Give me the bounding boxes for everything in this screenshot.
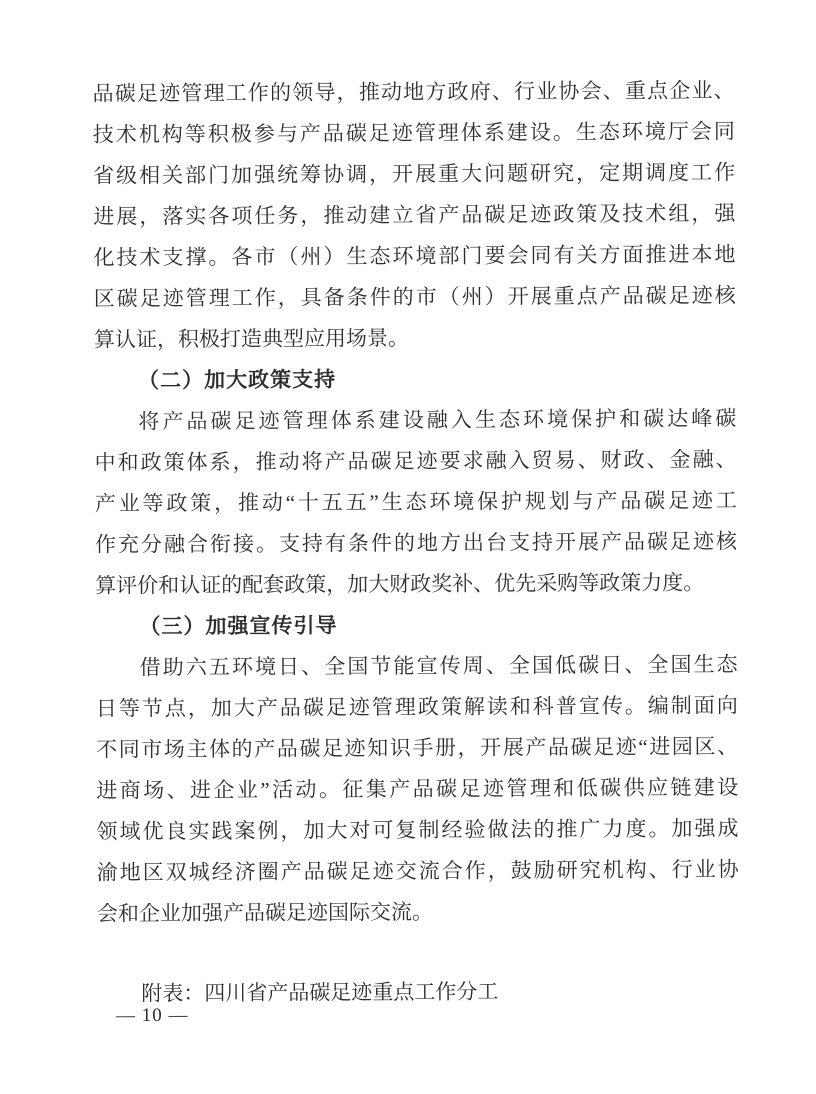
body-line: 进展，落实各项任务，推动建立省产品碳足迹政策及技术组，强 <box>93 193 735 237</box>
body-line: 中和政策体系，推动将产品碳足迹要求融入贸易、财政、金融、 <box>94 439 736 483</box>
body-line: 省级相关部门加强统筹协调，开展重大问题研究，定期调度工作 <box>93 152 735 196</box>
body-line: 不同市场主体的产品碳足迹知识手册，开展产品碳足迹“进园区、 <box>96 726 738 770</box>
body-line: 将产品碳足迹管理体系建设融入生态环境保护和碳达峰碳 <box>94 398 736 442</box>
body-line: 作充分融合衔接。支持有条件的地方出台支持开展产品碳足迹核 <box>95 521 737 565</box>
body-line: 区碳足迹管理工作，具备条件的市（州）开展重点产品碳足迹核 <box>94 275 736 319</box>
body-line: 领域优良实践案例，加大对可复制经验做法的推广力度。加强成 <box>96 808 738 852</box>
attachment-note: 附表：四川省产品碳足迹重点工作分工 <box>97 970 739 1014</box>
body-line: 日等节点，加大产品碳足迹管理政策解读和科普宣传。编制面向 <box>96 685 738 729</box>
body-line: 技术机构等积极参与产品碳足迹管理体系建设。生态环境厅会同 <box>93 111 735 155</box>
body-line: 借助六五环境日、全国节能宣传周、全国低碳日、全国生态 <box>96 644 738 688</box>
section-heading-publicity-guidance: （三）加强宣传引导 <box>95 603 737 647</box>
body-line: 算认证，积极打造典型应用场景。 <box>94 316 736 360</box>
section-heading-policy-support: （二）加大政策支持 <box>94 357 736 401</box>
body-line: 进商场、进企业”活动。征集产品碳足迹管理和低碳供应链建设 <box>96 767 738 811</box>
document-body: 品碳足迹管理工作的领导，推动地方政府、行业协会、重点企业、 技术机构等积极参与产… <box>93 70 740 1014</box>
body-line: 品碳足迹管理工作的领导，推动地方政府、行业协会、重点企业、 <box>93 70 735 114</box>
body-line: 渝地区双城经济圈产品碳足迹交流合作，鼓励研究机构、行业协 <box>97 849 739 893</box>
document-page: 品碳足迹管理工作的领导，推动地方政府、行业协会、重点企业、 技术机构等积极参与产… <box>0 0 816 1094</box>
body-line: 产业等政策，推动“十五五”生态环境保护规划与产品碳足迹工 <box>95 480 737 524</box>
body-line: 会和企业加强产品碳足迹国际交流。 <box>97 890 739 934</box>
body-line: 算评价和认证的配套政策，加大财政奖补、优先采购等政策力度。 <box>95 562 737 606</box>
body-line: 化技术支撑。各市（州）生态环境部门要会同有关方面推进本地 <box>93 234 735 278</box>
page-number: — 10 — <box>116 1004 189 1028</box>
